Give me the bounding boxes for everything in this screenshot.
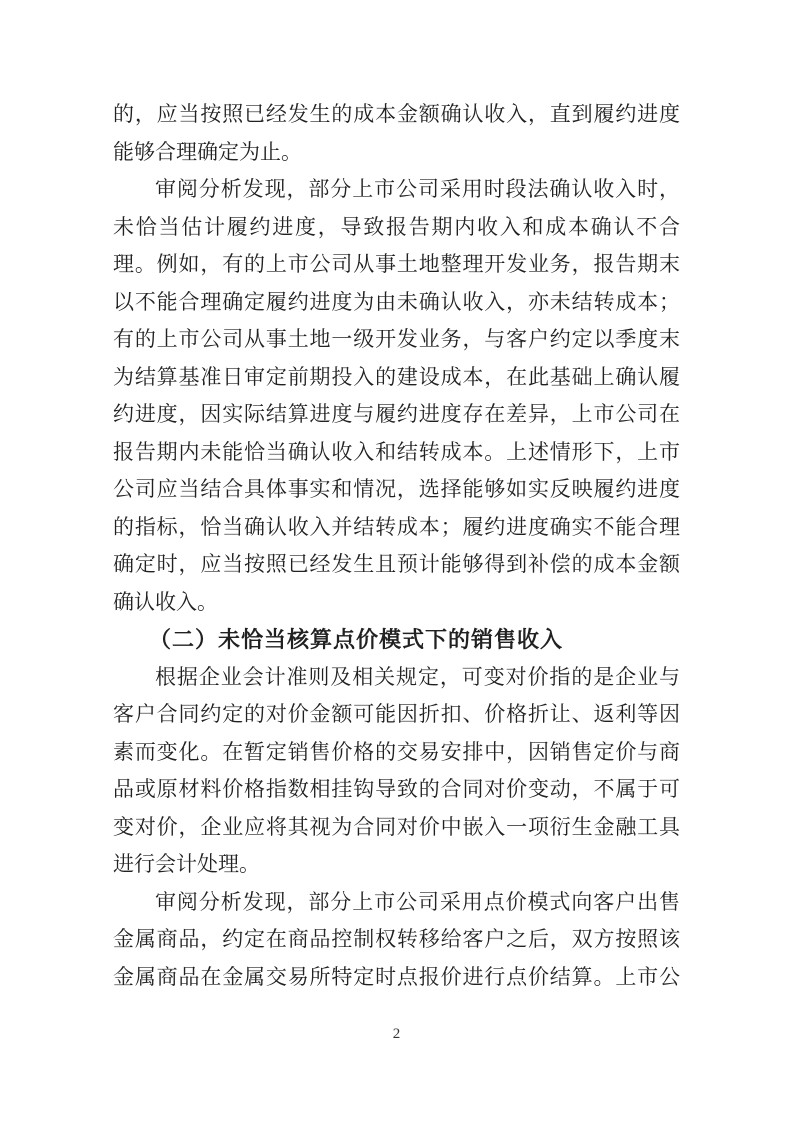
text-line: 素而变化。在暂定销售价格的交易安排中，因销售定价与商 — [113, 734, 680, 772]
text-line: 金属商品在金属交易所特定时点报价进行点价结算。上市公 — [113, 959, 680, 997]
text-line: 变对价，企业应将其视为合同对价中嵌入一项衍生金融工具 — [113, 809, 680, 847]
text-line: 确认收入。 — [113, 584, 680, 622]
text-line: 的，应当按照已经发生的成本金额确认收入，直到履约进度 — [113, 96, 680, 134]
text-line: 品或原材料价格指数相挂钩导致的合同对价变动，不属于可 — [113, 771, 680, 809]
text-block: 的，应当按照已经发生的成本金额确认收入，直到履约进度能够合理确定为止。审阅分析发… — [113, 96, 680, 996]
text-line: 以不能合理确定履约进度为由未确认收入，亦未结转成本； — [113, 284, 680, 322]
text-line: 理。例如，有的上市公司从事土地整理开发业务，报告期末 — [113, 246, 680, 284]
text-line: 金属商品，约定在商品控制权转移给客户之后，双方按照该 — [113, 921, 680, 959]
text-line: 为结算基准日审定前期投入的建设成本，在此基础上确认履 — [113, 359, 680, 397]
text-line: 报告期内未能恰当确认收入和结转成本。上述情形下，上市 — [113, 434, 680, 472]
text-line: 约进度，因实际结算进度与履约进度存在差异，上市公司在 — [113, 396, 680, 434]
text-line: 公司应当结合具体事实和情况，选择能够如实反映履约进度 — [113, 471, 680, 509]
text-line: 根据企业会计准则及相关规定，可变对价指的是企业与 — [113, 659, 680, 697]
document-page: 的，应当按照已经发生的成本金额确认收入，直到履约进度能够合理确定为止。审阅分析发… — [0, 0, 793, 1122]
text-line: 能够合理确定为止。 — [113, 134, 680, 172]
text-line: 未恰当估计履约进度，导致报告期内收入和成本确认不合 — [113, 209, 680, 247]
page-number: 2 — [0, 1024, 793, 1044]
text-line: 的指标，恰当确认收入并结转成本；履约进度确实不能合理 — [113, 509, 680, 547]
text-line: 进行会计处理。 — [113, 846, 680, 884]
text-line: 审阅分析发现，部分上市公司采用点价模式向客户出售 — [113, 884, 680, 922]
text-line: 确定时，应当按照已经发生且预计能够得到补偿的成本金额 — [113, 546, 680, 584]
text-line: 客户合同约定的对价金额可能因折扣、价格折让、返利等因 — [113, 696, 680, 734]
section-heading: （二）未恰当核算点价模式下的销售收入 — [113, 621, 680, 659]
text-line: 审阅分析发现，部分上市公司采用时段法确认收入时， — [113, 171, 680, 209]
text-line: 有的上市公司从事土地一级开发业务，与客户约定以季度末 — [113, 321, 680, 359]
